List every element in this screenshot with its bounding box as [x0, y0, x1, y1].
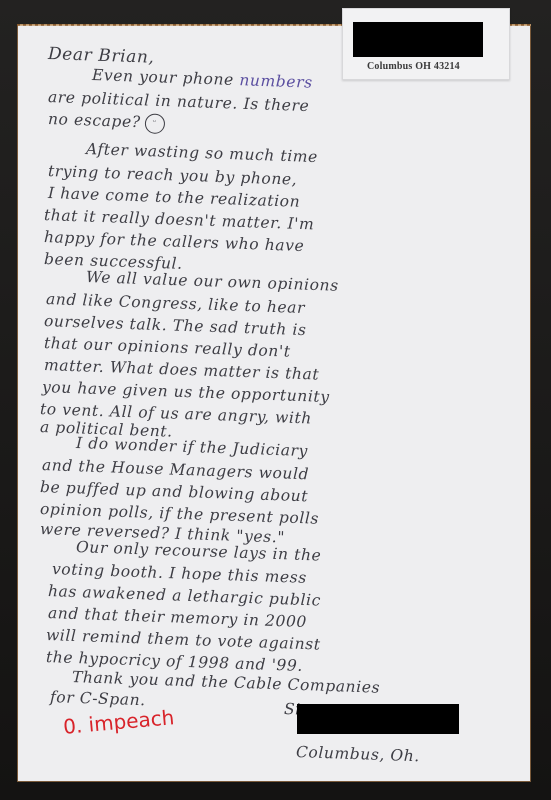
smiley-face-icon: ᵕ	[144, 113, 165, 134]
letter-line: for C-Span.	[50, 688, 146, 709]
address-city-line: Columbus OH 43214	[367, 61, 460, 72]
highlighted-word: numbers	[239, 71, 313, 92]
address-label: Columbus OH 43214	[342, 8, 510, 80]
redacted-signature-block	[297, 704, 459, 734]
salutation: Dear Brian,	[48, 44, 155, 68]
letter-line: no escape?ᵕ	[48, 110, 165, 134]
redacted-name-block	[353, 22, 483, 57]
